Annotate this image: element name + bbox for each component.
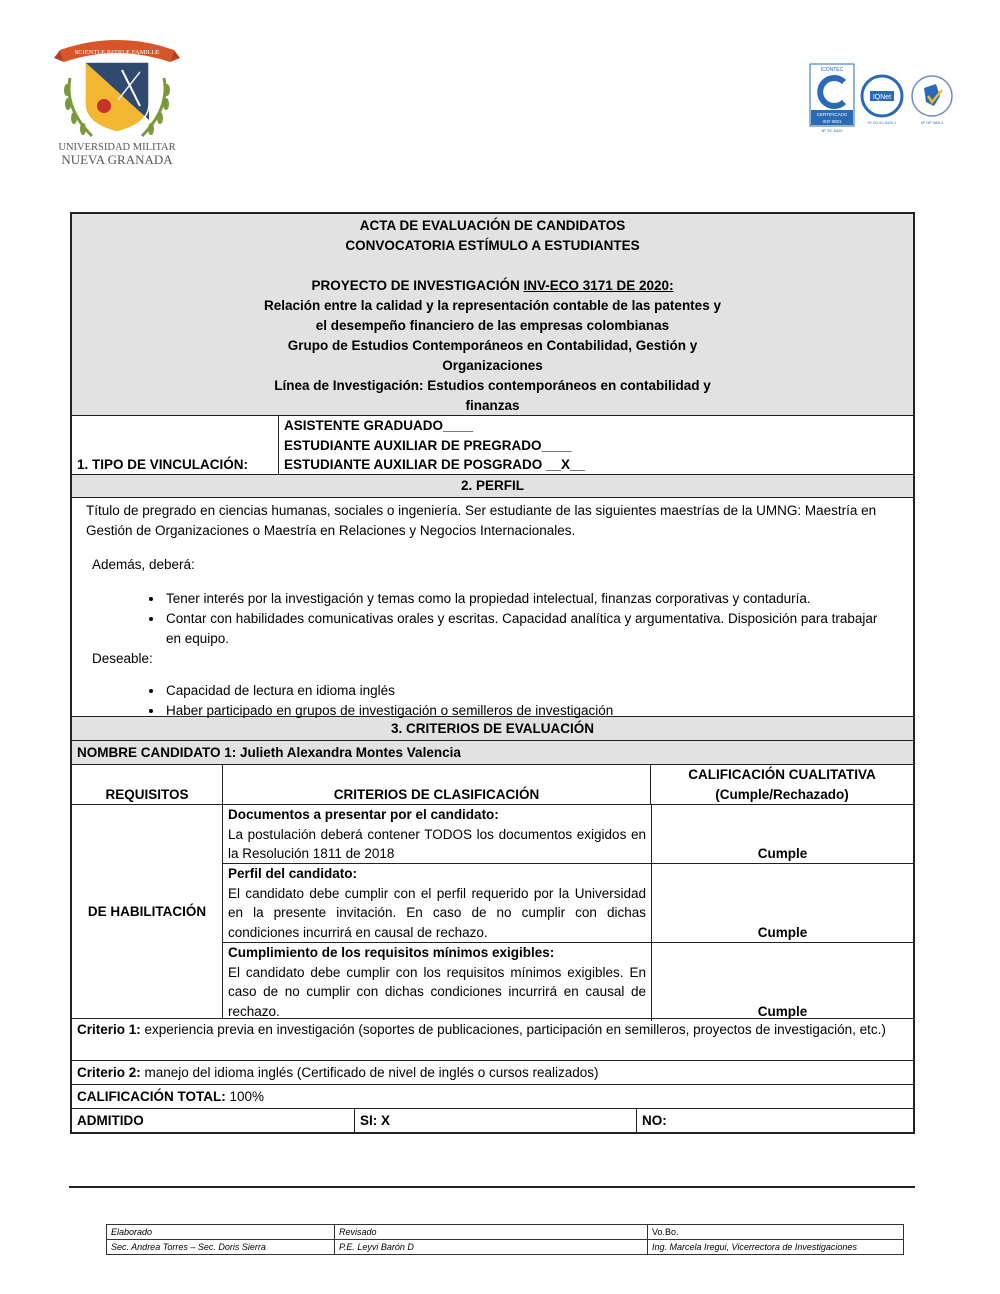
certification-logos: ICONTEC CERTIFICADO ISO 9001 Nº SC 6420 … — [808, 62, 958, 134]
svg-text:SCIENTIÆ PATRIÆ FAMILIÆ: SCIENTIÆ PATRIÆ FAMILIÆ — [75, 49, 160, 56]
ntcgp-1000-icon: Nº GP 085-1 — [912, 76, 952, 125]
evaluation-table: ACTA DE EVALUACIÓN DE CANDIDATOS CONVOCA… — [70, 212, 915, 1134]
research-group-line1: Grupo de Estudios Contemporáneos en Cont… — [80, 336, 905, 356]
vobo-value: Ing. Marcela Iregui, Vicerrectora de Inv… — [648, 1240, 904, 1255]
option-asistente-graduado: ASISTENTE GRADUADO____ — [284, 416, 908, 436]
svg-text:Nº GP 085-1: Nº GP 085-1 — [921, 120, 944, 125]
requirement-item: Tener interés por la investigación y tem… — [164, 589, 895, 609]
desirable-item: Capacidad de lectura en idioma inglés — [164, 681, 895, 701]
requirements-list: Tener interés por la investigación y tem… — [86, 589, 895, 649]
col-calificacion: CALIFICACIÓN CUALITATIVA (Cumple/Rechaza… — [650, 765, 913, 804]
col-requisitos: REQUISITOS — [72, 765, 222, 804]
criteria-text: El candidato debe cumplir con el perfil … — [228, 884, 646, 943]
criteria-title: Cumplimiento de los requisitos mínimos e… — [228, 943, 646, 963]
research-line-2: finanzas — [80, 396, 905, 416]
criterio-1: Criterio 1: experiencia previa en invest… — [72, 1019, 913, 1060]
criteria-title: Documentos a presentar por el candidato: — [228, 805, 646, 825]
svg-text:CERTIFICADO: CERTIFICADO — [817, 112, 848, 117]
svg-text:Nº SC 6420: Nº SC 6420 — [821, 128, 843, 133]
criterio-1-row: Criterio 1: experiencia previa en invest… — [72, 1019, 913, 1061]
col-clasificacion: CRITERIOS DE CLASIFICACIÓN — [222, 765, 650, 804]
icontec-iso-9001-icon: ICONTEC CERTIFICADO ISO 9001 Nº SC 6420 — [810, 64, 854, 133]
criteria-title: Perfil del candidato: — [228, 864, 646, 884]
candidate-row: NOMBRE CANDIDATO 1: Julieth Alexandra Mo… — [72, 741, 913, 765]
perfil-heading: 2. PERFIL — [72, 475, 913, 497]
revisado-header: Revisado — [335, 1225, 648, 1240]
svg-text:Nº CO-SC-6420-1: Nº CO-SC-6420-1 — [868, 121, 896, 125]
project-heading: PROYECTO DE INVESTIGACIÓN INV-ECO 3171 D… — [80, 276, 905, 296]
habilitacion-block: DE HABILITACIÓN Documentos a presentar p… — [72, 805, 913, 1019]
approval-header-row: Elaborado Revisado Vo.Bo. — [107, 1225, 904, 1240]
admitido-si: SI: X — [354, 1109, 636, 1132]
vinculacion-row: 1. TIPO DE VINCULACIÓN: ASISTENTE GRADUA… — [72, 416, 913, 475]
criteria-result: Cumple — [651, 864, 913, 942]
project-code: INV-ECO 3171 DE 2020: — [523, 278, 673, 293]
svg-text:ISO 9001: ISO 9001 — [822, 119, 842, 124]
criterios-heading-row: 3. CRITERIOS DE EVALUACIÓN — [72, 717, 913, 741]
criterio-2: Criterio 2: manejo del idioma inglés (Ce… — [72, 1061, 913, 1084]
criterio-2-row: Criterio 2: manejo del idioma inglés (Ce… — [72, 1061, 913, 1085]
vobo-header: Vo.Bo. — [648, 1225, 904, 1240]
svg-text:IQNet: IQNet — [873, 94, 891, 101]
svg-text:ICONTEC: ICONTEC — [821, 67, 844, 73]
revisado-value: P.E. Leyvi Barón D — [335, 1240, 648, 1255]
project-title-line2: el desempeño financiero de las empresas … — [80, 316, 905, 336]
criteria-text: El candidato debe cumplir con los requis… — [228, 963, 646, 1022]
research-group-line2: Organizaciones — [80, 356, 905, 376]
project-title-line1: Relación entre la calidad y la represent… — [80, 296, 905, 316]
criteria-column-headers: REQUISITOS CRITERIOS DE CLASIFICACIÓN CA… — [72, 765, 913, 805]
admitido-no: NO: — [636, 1109, 913, 1132]
candidate-name: NOMBRE CANDIDATO 1: Julieth Alexandra Mo… — [72, 741, 913, 764]
criteria-row: Perfil del candidato: El candidato debe … — [223, 864, 913, 943]
perfil-heading-row: 2. PERFIL — [72, 475, 913, 498]
vinculacion-label: 1. TIPO DE VINCULACIÓN: — [72, 416, 278, 474]
perfil-body: Título de pregrado en ciencias humanas, … — [72, 498, 913, 716]
approval-table: Elaborado Revisado Vo.Bo. Sec. Andrea To… — [106, 1224, 904, 1255]
requirement-item: Contar con habilidades comunicativas ora… — [164, 609, 895, 649]
approval-values-row: Sec. Andrea Torres – Sec. Doris Sierra P… — [107, 1240, 904, 1255]
document-header: ACTA DE EVALUACIÓN DE CANDIDATOS CONVOCA… — [72, 214, 913, 416]
research-line-1: Línea de Investigación: Estudios contemp… — [80, 376, 905, 396]
footer-divider — [69, 1186, 915, 1188]
university-crest-icon: SCIENTIÆ PATRIÆ FAMILIÆ UNIVERSIDAD MILI… — [52, 28, 182, 168]
criteria-result: Cumple — [651, 805, 913, 863]
iqnet-icon: IQNet Nº CO-SC-6420-1 — [862, 76, 902, 125]
habilitacion-label: DE HABILITACIÓN — [72, 805, 222, 1018]
svg-text:NUEVA GRANADA: NUEVA GRANADA — [61, 152, 173, 167]
deseable-label: Deseable: — [86, 649, 895, 669]
perfil-body-row: Título de pregrado en ciencias humanas, … — [72, 498, 913, 717]
total-row: CALIFICACIÓN TOTAL: 100% — [72, 1085, 913, 1109]
calificacion-total: CALIFICACIÓN TOTAL: 100% — [72, 1085, 913, 1108]
desirables-list: Capacidad de lectura en idioma inglés Ha… — [86, 681, 895, 721]
elaborado-value: Sec. Andrea Torres – Sec. Doris Sierra — [107, 1240, 335, 1255]
admitido-label: ADMITIDO — [72, 1109, 354, 1132]
option-auxiliar-pregrado: ESTUDIANTE AUXILIAR DE PREGRADO____ — [284, 436, 908, 456]
admitido-row: ADMITIDO SI: X NO: — [72, 1109, 913, 1132]
criterios-heading: 3. CRITERIOS DE EVALUACIÓN — [72, 717, 913, 740]
university-logo: SCIENTIÆ PATRIÆ FAMILIÆ UNIVERSIDAD MILI… — [52, 28, 182, 168]
criteria-row: Documentos a presentar por el candidato:… — [223, 805, 913, 864]
criteria-row: Cumplimiento de los requisitos mínimos e… — [223, 943, 913, 1021]
document-title: ACTA DE EVALUACIÓN DE CANDIDATOS — [80, 216, 905, 236]
criteria-text: La postulación deberá contener TODOS los… — [228, 825, 646, 864]
document-subtitle: CONVOCATORIA ESTÍMULO A ESTUDIANTES — [80, 236, 905, 256]
elaborado-header: Elaborado — [107, 1225, 335, 1240]
criteria-result: Cumple — [651, 943, 913, 1021]
option-auxiliar-posgrado: ESTUDIANTE AUXILIAR DE POSGRADO __X__ — [284, 455, 908, 475]
ademas-label: Además, deberá: — [86, 555, 895, 575]
perfil-intro: Título de pregrado en ciencias humanas, … — [86, 501, 895, 541]
vinculacion-options: ASISTENTE GRADUADO____ ESTUDIANTE AUXILI… — [278, 416, 913, 474]
